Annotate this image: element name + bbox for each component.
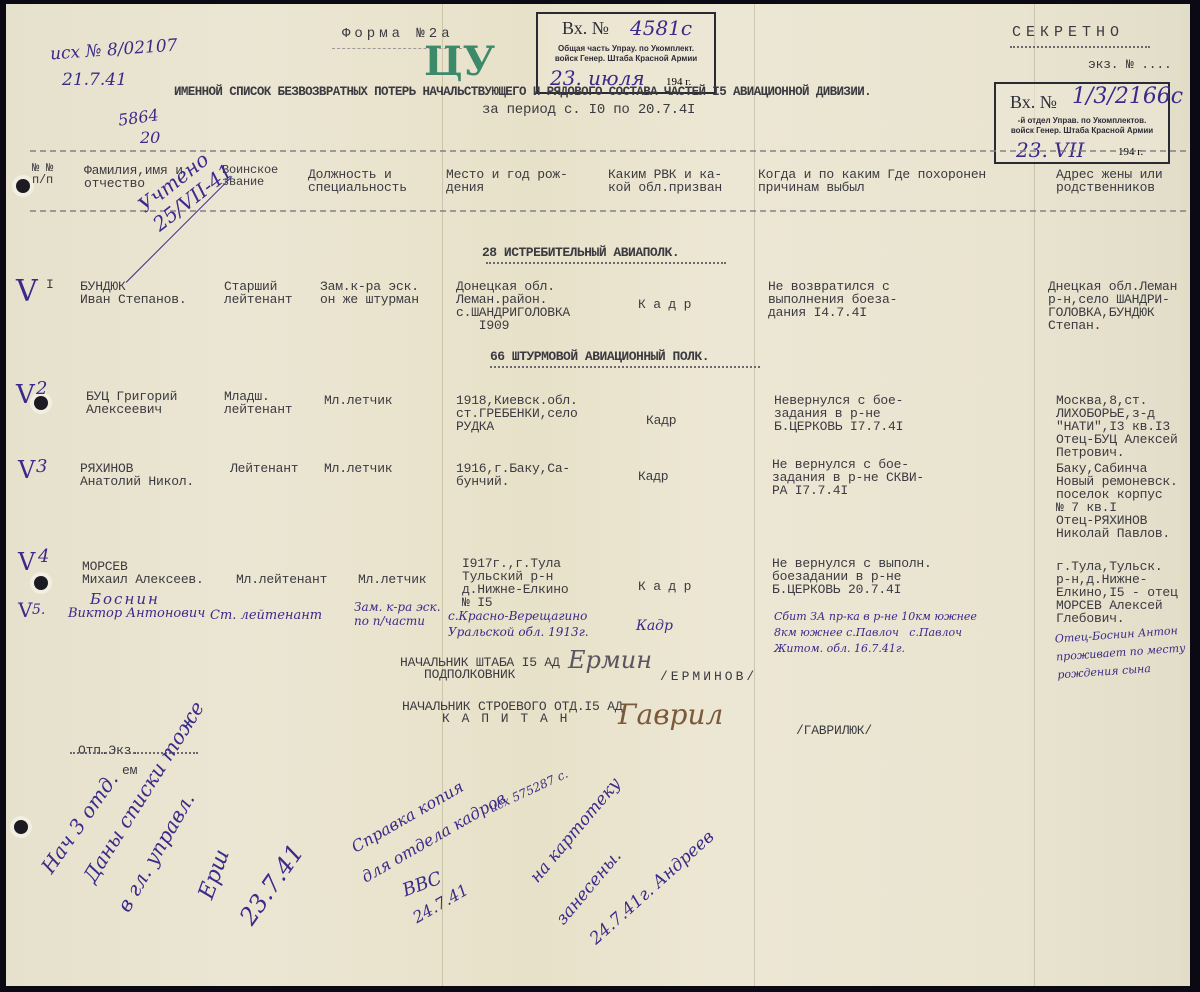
row-number: I <box>46 278 54 291</box>
row-position: Мл.летчик <box>324 462 392 475</box>
row-name: БУНДЮК Иван Степанов. <box>80 280 186 306</box>
row-address: г.Тула,Тульск. р-н,д.Нижне- Елкино,I5 - … <box>1056 560 1178 625</box>
row-rank: Мл.лейтенант <box>236 573 327 586</box>
row-name: МОРСЕВ Михаил Алексеев. <box>82 560 204 586</box>
row-number: 3 <box>36 456 47 477</box>
chief-dept-rank: К А П И Т А Н <box>442 712 569 725</box>
row-rank: Ст. лейтенант <box>210 608 322 623</box>
column-header-rvk: Каким РВК и ка- кой обл.призван <box>608 168 722 194</box>
handwritten-note-left-sign: Ерш <box>194 846 235 902</box>
row-position: Мл.летчик <box>324 394 392 407</box>
stamp-line2: войск Генер. Штаба Красной Армии <box>542 54 710 64</box>
column-header-number: № № п/п <box>32 162 53 186</box>
row-address: Днецкая обл.Леман р-н,село ШАНДРИ- ГОЛОВ… <box>1048 280 1177 332</box>
row-number: 4 <box>38 546 49 567</box>
handwritten-outgoing-number: исх № 8/02107 <box>49 36 178 65</box>
row-rank: Лейтенант <box>230 462 298 475</box>
row-rvk: Кадр <box>638 470 668 483</box>
stamp-label: Вх. № <box>562 18 609 39</box>
copy-label: экз. № .... <box>1088 58 1172 71</box>
handwritten-number-2: 20 <box>140 128 160 147</box>
check-mark-icon: V <box>16 274 38 309</box>
row-birth: с.Красно-Верещагино Уральской обл. 1913г… <box>448 608 589 640</box>
divider <box>1010 46 1150 48</box>
stamp-number: 4581с <box>630 16 692 40</box>
row-reason: Не вернулся с выполн. боезадании в р-не … <box>772 557 932 596</box>
stamp-line1: Общая часть Упрау. по Укомплект. <box>542 44 710 54</box>
handwritten-note-right-3: 24.7.41г. Андреев <box>586 827 718 949</box>
table-header-rule <box>30 210 1186 212</box>
chief-dept-name: /ГАВРИЛЮК/ <box>796 724 872 737</box>
row-address: Отец-Боснин Антон проживает по месту рож… <box>1054 622 1187 685</box>
row-rvk: Кадр <box>646 414 676 427</box>
green-mark: ЦУ <box>424 38 495 85</box>
document-period: за период с. I0 по 20.7.4I <box>482 104 695 117</box>
chief-of-staff-signature: Ермин <box>568 646 652 674</box>
row-name: РЯХИНОВ Анатолий Никол. <box>80 462 194 488</box>
row-birth: 1916,г.Баку,Са- бунчий. <box>456 462 570 488</box>
stamp-label: Вх. № <box>1010 92 1057 113</box>
check-mark-icon: V <box>18 456 35 484</box>
row-name: БУЦ Григорий Алексеевич <box>86 390 177 416</box>
row-address: Москва,8,ст. ЛИХОБОРЬЕ,з-д "НАТИ",I3 кв.… <box>1056 394 1178 459</box>
stamp-line2: войск Генер. Штаба Красной Армии <box>1000 126 1164 136</box>
divider <box>490 366 760 368</box>
row-position: Зам. к-ра эск. по п/части <box>354 600 441 628</box>
row-birth: I917г.,г.Тула Тульский р-н д.Нижне-Елкин… <box>462 557 568 609</box>
row-birth: Донецкая обл. Леман.район. с.ШАНДРИГОЛОВ… <box>456 280 570 332</box>
chief-dept-signature: Гаврил <box>618 698 723 731</box>
row-position: Зам.к-ра эск. он же штурман <box>320 280 419 306</box>
check-mark-icon: V <box>18 548 35 576</box>
column-header-position: Должность и специальность <box>308 168 407 194</box>
copy-mark-2: ем <box>122 764 137 777</box>
stamp-line1: -й отдел Управ. по Укомплектов. <box>1000 116 1164 126</box>
row-birth: 1918,Киевск.обл. ст.ГРЕБЕНКИ,село РУДКА <box>456 394 578 433</box>
handwritten-number: 5864 <box>117 105 160 129</box>
row-rvk: Кадр <box>636 618 673 634</box>
stamp-year: 194 г. <box>1118 146 1143 158</box>
incoming-stamp-left: Вх. № 4581с Общая часть Упрау. по Укомпл… <box>536 12 716 94</box>
column-header-reason: Когда и по каким Где похоронен причинам … <box>758 168 986 194</box>
section-title: 66 ШТУРМОВОЙ АВИАЦИОННЫЙ ПОЛК. <box>490 350 709 363</box>
chief-of-staff-name: /ЕРМИНОВ/ <box>660 670 757 683</box>
row-rank: Младш. лейтенант <box>224 390 292 416</box>
secret-label: СЕКРЕТНО <box>1012 26 1124 39</box>
stamp-number: 1/3/2166с <box>1072 84 1183 109</box>
punch-hole-icon <box>34 576 48 590</box>
row-reason: Невернулся с бое- задания в р-не Б.ЦЕРКО… <box>774 394 903 433</box>
copy-mark: Отп.Экз. <box>78 744 139 757</box>
row-number: 5. <box>32 602 45 618</box>
check-mark-icon: V <box>16 380 35 410</box>
handwritten-outgoing-date: 21.7.41 <box>62 70 127 90</box>
document-title: ИМЕННОЙ СПИСОК БЕЗВОЗВРАТНЫХ ПОТЕРЬ НАЧА… <box>174 86 871 99</box>
row-rvk: К а д р <box>638 580 691 593</box>
row-number: 2 <box>36 378 47 399</box>
column-header-birth: Место и год рож- дения <box>446 168 568 194</box>
row-position: Мл.летчик <box>358 573 426 586</box>
check-mark-icon: V <box>18 598 32 622</box>
document-page: исх № 8/02107 21.7.41 Форма №2а ЦУ Вх. №… <box>6 4 1190 986</box>
row-reason: Сбит ЗА пр-ка в р-не 10км южнее 8км южне… <box>774 609 977 657</box>
section-title: 28 ИСТРЕБИТЕЛЬНЫЙ АВИАПОЛК. <box>482 246 679 259</box>
row-rank: Старший лейтенант <box>224 280 292 306</box>
row-reason: Не возвратился с выполнения боеза- дания… <box>768 280 897 319</box>
divider <box>486 262 726 264</box>
chief-of-staff-rank: ПОДПОЛКОВНИК <box>424 668 515 681</box>
row-name: Виктор Антонович <box>68 606 205 621</box>
row-rvk: К а д р <box>638 298 691 311</box>
punch-hole-icon <box>16 179 30 193</box>
handwritten-note-left-date: 23.7.41 <box>234 839 309 930</box>
punch-hole-icon <box>14 820 28 834</box>
row-reason: Не вернулся с бое- задания в р-не СКВИ- … <box>772 458 924 497</box>
row-address: Баку,Сабинча Новый ремоневск. поселок ко… <box>1056 462 1178 540</box>
column-header-address: Адрес жены или родственников <box>1056 168 1162 194</box>
